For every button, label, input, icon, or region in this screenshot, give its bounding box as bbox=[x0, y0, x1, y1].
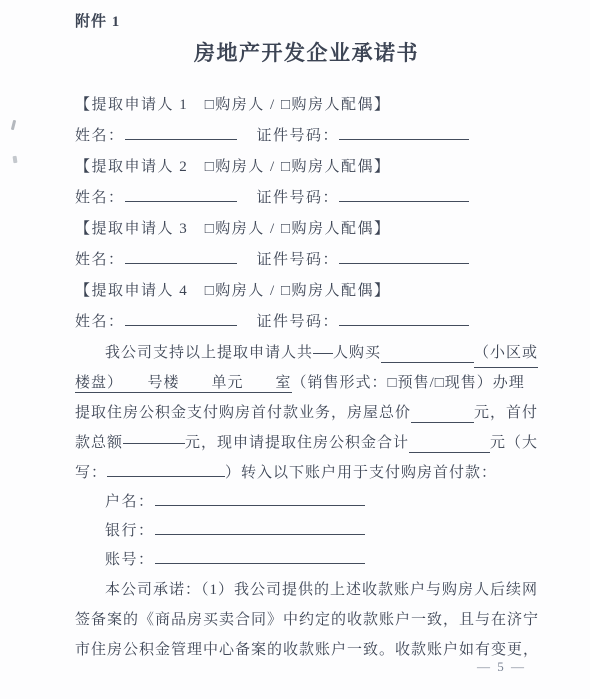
pledge-text-underlined: （小区或 bbox=[474, 338, 538, 368]
pledge-text: 款总额 bbox=[75, 428, 123, 458]
account-name-blank bbox=[155, 490, 365, 506]
scan-artifact bbox=[13, 156, 18, 163]
page-number: — 5 — bbox=[477, 659, 526, 675]
account-name-row: 户名： bbox=[75, 488, 538, 517]
promise-text: 签备案的《商品房买卖合同》中约定的收款账户一致，且与在济宁 bbox=[75, 612, 539, 628]
amount-in-words-blank bbox=[107, 461, 225, 477]
promise-text: 本公司承诺：（1）我公司提供的上述收款账户与购房人后续网 bbox=[105, 582, 538, 598]
pledge-text: 人购买 bbox=[333, 338, 381, 368]
attachment-label: 附件 1 bbox=[75, 12, 538, 32]
applicant-3-header: 【提取申请人 3 □购房人 / □购房人配偶】 bbox=[75, 214, 538, 245]
name-blank bbox=[125, 186, 237, 202]
id-number-label: 证件号码： bbox=[257, 128, 340, 144]
applicant-4-name-row: 姓名：证件号码： bbox=[75, 307, 538, 338]
name-label: 姓名： bbox=[75, 252, 125, 268]
name-label: 姓名： bbox=[75, 190, 125, 206]
account-name-label: 户名： bbox=[105, 494, 155, 510]
name-blank bbox=[125, 310, 237, 326]
sale-form-text: （销售形式：□预售/□现售）办理 bbox=[292, 375, 525, 391]
document-title: 房地产开发企业承诺书 bbox=[75, 38, 538, 68]
id-number-label: 证件号码： bbox=[257, 314, 340, 330]
applicant-1-name-row: 姓名：证件号码： bbox=[75, 121, 538, 152]
estate-name-blank bbox=[381, 338, 474, 368]
account-number-label: 账号： bbox=[105, 552, 155, 568]
applicant-2-header: 【提取申请人 2 □购房人 / □购房人配偶】 bbox=[75, 152, 538, 183]
applicants-section: 【提取申请人 1 □购房人 / □购房人配偶】 姓名：证件号码： 【提取申请人 … bbox=[75, 90, 538, 338]
total-price-blank bbox=[411, 398, 474, 428]
pledge-line-2: 楼盘） 号楼 单元 室（销售形式：□预售/□现售）办理 bbox=[75, 368, 538, 398]
id-number-blank bbox=[339, 186, 469, 202]
name-blank bbox=[125, 248, 237, 264]
bank-blank bbox=[155, 519, 365, 535]
promise-text: 市住房公积金管理中心备案的收款账户一致。收款账户如有变更， bbox=[75, 642, 539, 658]
pledge-text: 元（大 bbox=[490, 428, 538, 458]
applicant-4-header: 【提取申请人 4 □购房人 / □购房人配偶】 bbox=[75, 276, 538, 307]
pledge-text: 元，首付 bbox=[474, 398, 538, 428]
bank-row: 银行： bbox=[75, 517, 538, 546]
name-blank bbox=[125, 124, 237, 140]
down-payment-blank bbox=[123, 428, 185, 444]
pledge-text: 我公司支持以上提取申请人共 bbox=[105, 338, 313, 368]
applicant-2-name-row: 姓名：证件号码： bbox=[75, 183, 538, 214]
account-number-row: 账号： bbox=[75, 546, 538, 575]
pledge-text: 写： bbox=[75, 465, 107, 481]
bank-label: 银行： bbox=[105, 523, 155, 539]
promise-line-2: 签备案的《商品房买卖合同》中约定的收款账户一致，且与在济宁 bbox=[75, 605, 538, 635]
pledge-text: 提取住房公积金支付购房首付款业务，房屋总价 bbox=[75, 398, 411, 428]
id-number-label: 证件号码： bbox=[257, 252, 340, 268]
document-page: 附件 1 房地产开发企业承诺书 【提取申请人 1 □购房人 / □购房人配偶】 … bbox=[0, 0, 590, 699]
id-number-blank bbox=[339, 310, 469, 326]
pledge-line-1: 我公司支持以上提取申请人共人购买（小区或 bbox=[75, 338, 538, 368]
name-label: 姓名： bbox=[75, 128, 125, 144]
pledge-text: 元，现申请提取住房公积金合计 bbox=[185, 428, 409, 458]
pledge-text: ）转入以下账户用于支付购房首付款： bbox=[225, 465, 497, 481]
promise-line-1: 本公司承诺：（1）我公司提供的上述收款账户与购房人后续网 bbox=[75, 575, 538, 605]
pledge-paragraph: 我公司支持以上提取申请人共人购买（小区或 楼盘） 号楼 单元 室（销售形式：□预… bbox=[75, 338, 538, 488]
id-number-blank bbox=[339, 248, 469, 264]
fund-total-blank bbox=[409, 428, 490, 458]
pledge-line-5: 写：）转入以下账户用于支付购房首付款： bbox=[75, 458, 538, 488]
pledge-line-3: 提取住房公积金支付购房首付款业务，房屋总价元，首付 bbox=[75, 398, 538, 428]
account-section: 户名： 银行： 账号： bbox=[75, 488, 538, 575]
promise-line-3: 市住房公积金管理中心备案的收款账户一致。收款账户如有变更， bbox=[75, 635, 538, 665]
id-number-label: 证件号码： bbox=[257, 190, 340, 206]
id-number-blank bbox=[339, 124, 469, 140]
building-unit-room-blank: 楼盘） 号楼 单元 室 bbox=[75, 375, 292, 393]
applicant-3-name-row: 姓名：证件号码： bbox=[75, 245, 538, 276]
account-number-blank bbox=[155, 548, 365, 564]
applicant-count-blank bbox=[313, 338, 333, 354]
document-content: 附件 1 房地产开发企业承诺书 【提取申请人 1 □购房人 / □购房人配偶】 … bbox=[0, 0, 590, 665]
pledge-line-4: 款总额元，现申请提取住房公积金合计元（大 bbox=[75, 428, 538, 458]
applicant-1-header: 【提取申请人 1 □购房人 / □购房人配偶】 bbox=[75, 90, 538, 121]
promise-paragraph: 本公司承诺：（1）我公司提供的上述收款账户与购房人后续网 签备案的《商品房买卖合… bbox=[75, 575, 538, 665]
name-label: 姓名： bbox=[75, 314, 125, 330]
paragraph-indent bbox=[75, 338, 105, 368]
